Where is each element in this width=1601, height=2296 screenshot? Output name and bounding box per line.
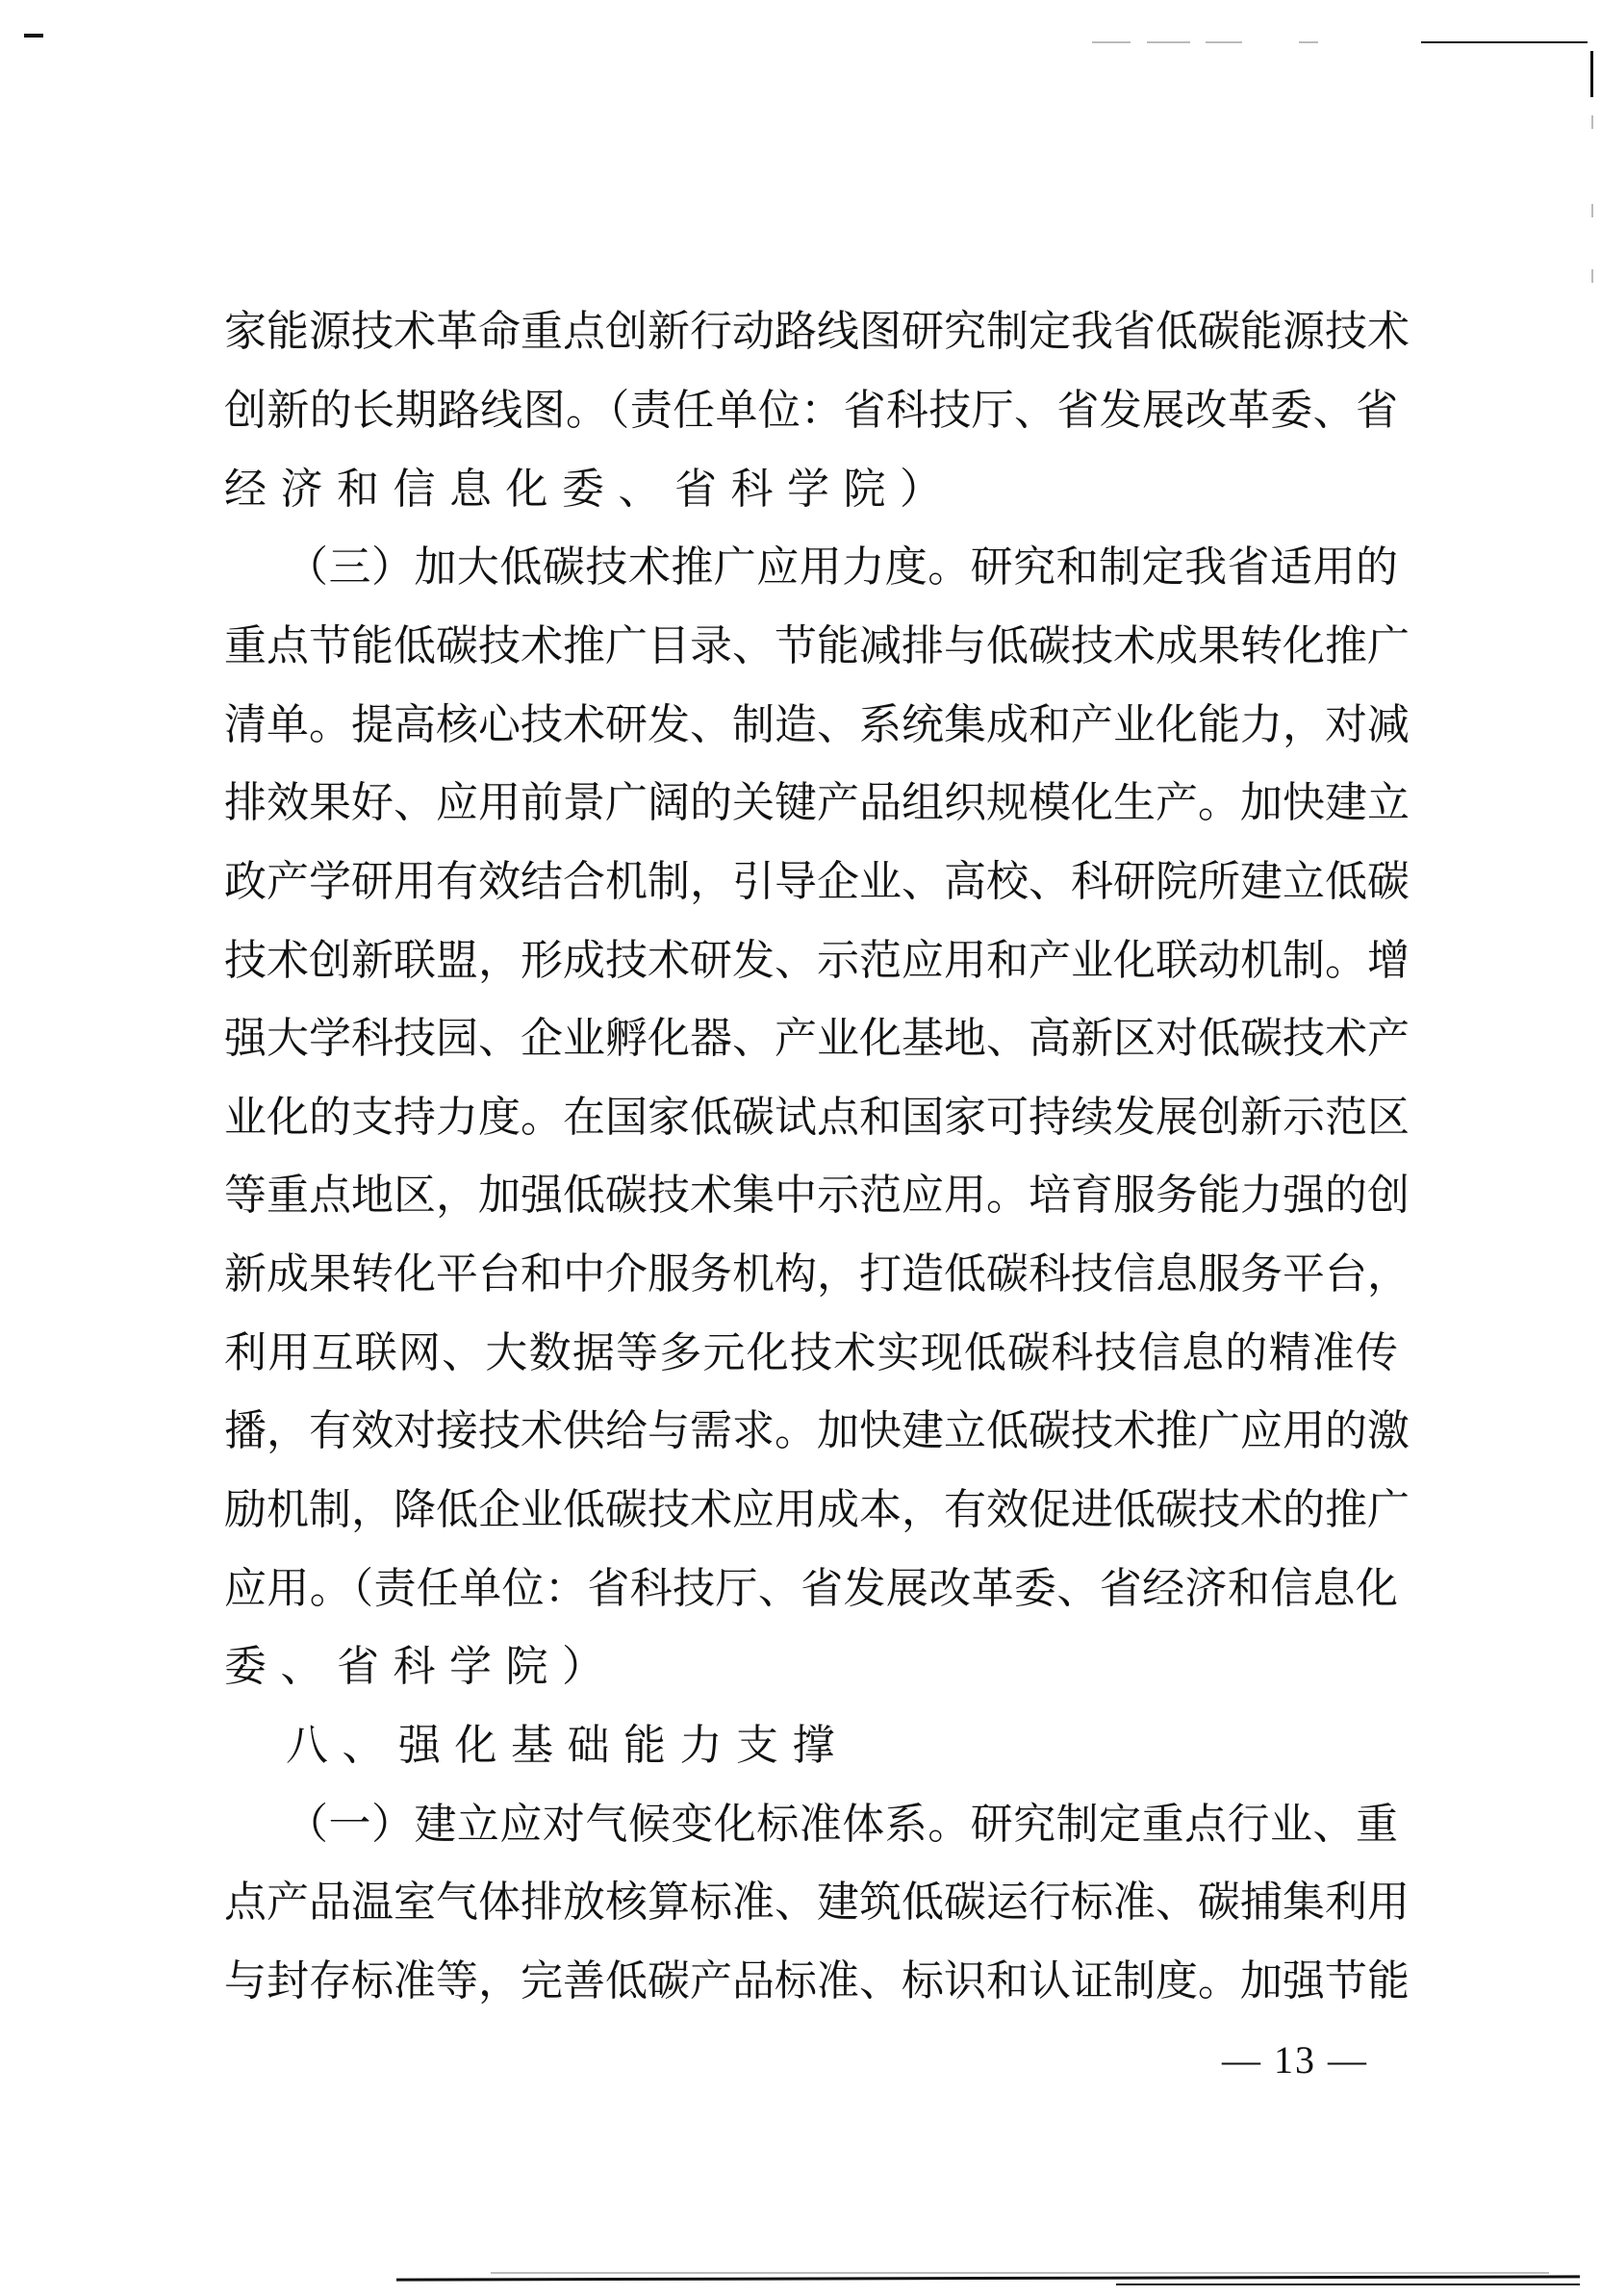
page-number: — 13 — [1222, 2037, 1368, 2082]
scan-edge-right-dots [1591, 269, 1593, 283]
scan-edge-top-right [1421, 41, 1588, 43]
scan-edge-bottom [1116, 2283, 1580, 2285]
scan-artifact-top-dashes [1147, 41, 1190, 43]
text-line: 利用互联网、大数据等多元化技术实现低碳科技信息的精准传 [224, 1325, 1398, 1382]
text-line: 应用。（责任单位：省科技厅、省发展改革委、省经济和信息化 [224, 1560, 1398, 1618]
text-line: 强大学科技园、企业孵化器、产业化基地、高新区对低碳技术产 [224, 1010, 1398, 1068]
scan-edge-right-dots [1591, 115, 1593, 129]
section-heading-8: 八、强化基础能力支撑 [286, 1717, 1398, 1775]
text-line: 播，有效对接技术供给与需求。加快建立低碳技术推广应用的激 [224, 1402, 1398, 1460]
scan-mark-top-left [24, 34, 43, 38]
text-line: 委、省科学院） [224, 1638, 1398, 1696]
text-line: 重点节能低碳技术推广目录、节能减排与低碳技术成果转化推广 [224, 618, 1398, 675]
text-line: 等重点地区，加强低碳技术集中示范应用。培育服务能力强的创 [224, 1167, 1398, 1224]
text-line: 新成果转化平台和中介服务机构，打造低碳科技信息服务平台， [224, 1246, 1398, 1303]
text-line: 点产品温室气体排放核算标准、建筑低碳运行标准、碳捕集利用 [224, 1874, 1398, 1931]
text-line: 创新的长期路线图。（责任单位：省科技厅、省发展改革委、省 [224, 382, 1398, 440]
text-line: 经济和信息化委、省科学院） [224, 461, 1398, 518]
text-line: 清单。提高核心技术研发、制造、系统集成和产业化能力，对减 [224, 696, 1398, 754]
subsection-heading-3: （三）加大低碳技术推广应用力度。研究和制定我省适用的 [286, 539, 1398, 596]
text-line: 励机制，降低企业低碳技术应用成本，有效促进低碳技术的推广 [224, 1481, 1398, 1539]
text-line: 技术创新联盟，形成技术研发、示范应用和产业化联动机制。增 [224, 932, 1398, 990]
document-page: 家能源技术革命重点创新行动路线图研究制定我省低碳能源技术 创新的长期路线图。（责… [0, 0, 1601, 2296]
text-line: 与封存标准等，完善低碳产品标准、标识和认证制度。加强节能 [224, 1953, 1398, 2010]
scan-edge-bottom [396, 2275, 1580, 2281]
subsection-heading-1: （一）建立应对气候变化标准体系。研究制定重点行业、重 [286, 1796, 1398, 1854]
text-line: 排效果好、应用前景广阔的关键产品组织规模化生产。加快建立 [224, 774, 1398, 832]
scan-artifact-top-dashes [1299, 41, 1318, 43]
scan-edge-bottom-faint [491, 2272, 1549, 2274]
scan-edge-right [1590, 51, 1593, 97]
scan-artifact-top-dashes [1206, 41, 1242, 43]
text-line: 政产学研用有效结合机制，引导企业、高校、科研院所建立低碳 [224, 853, 1398, 911]
scan-edge-right-dots [1591, 204, 1593, 217]
text-line: 家能源技术革命重点创新行动路线图研究制定我省低碳能源技术 [224, 303, 1398, 361]
scan-artifact-top-dashes [1092, 41, 1131, 43]
text-line: 业化的支持力度。在国家低碳试点和国家可持续发展创新示范区 [224, 1089, 1398, 1147]
